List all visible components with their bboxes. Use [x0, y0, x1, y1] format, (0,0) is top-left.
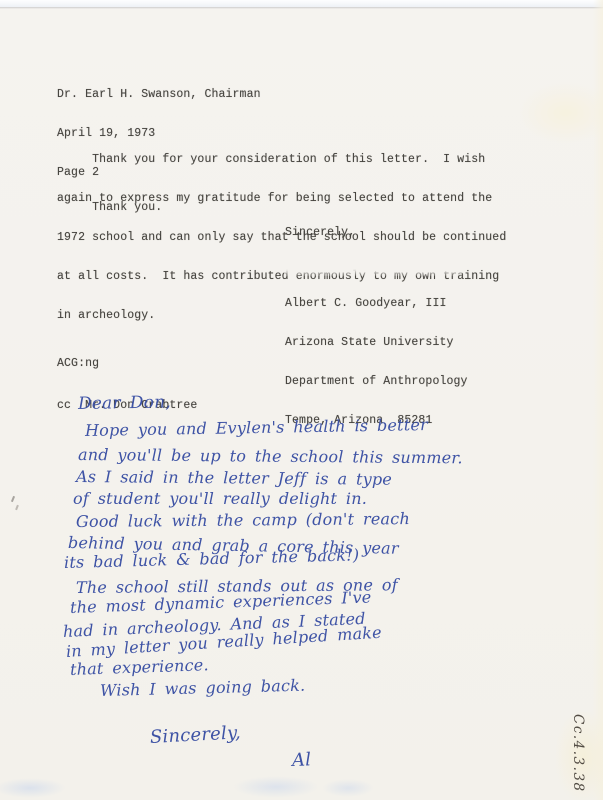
- valediction-line: Sincerely,: [285, 226, 355, 239]
- note-salutation: Dear Don,: [78, 392, 171, 414]
- body-paragraph-line: Thank you for your consideration of this…: [57, 153, 506, 166]
- scan-top-edge: [0, 0, 603, 7]
- signatory-university-line: Arizona State University: [285, 336, 468, 349]
- pencil-mark: [11, 496, 15, 502]
- recipient-line: Dr. Earl H. Swanson, Chairman: [57, 88, 261, 101]
- scan-fade-artifact: [284, 270, 462, 276]
- paper-discoloration-patch: [518, 82, 603, 144]
- scanned-letter-page: Dr. Earl H. Swanson, Chairman April 19, …: [0, 0, 603, 800]
- body-paragraph-line: 1972 school and can only say that the sc…: [57, 231, 506, 244]
- signatory-name-line: Albert C. Goodyear, III: [285, 297, 468, 310]
- scan-top-edge-line: [0, 7, 603, 9]
- scan-smudge: [233, 776, 319, 798]
- scan-smudge: [0, 778, 66, 798]
- note-line: As I said in the letter Jeff is a type: [76, 467, 392, 489]
- thank-you-line: Thank you.: [57, 201, 162, 214]
- pencil-mark: [15, 505, 19, 510]
- note-line: Good luck with the camp (don't reach: [76, 509, 410, 531]
- note-valediction: Sincerely,: [149, 722, 241, 748]
- typist-initials-line: ACG:ng: [57, 357, 197, 371]
- note-line: that experience.: [70, 655, 209, 679]
- scan-right-edge: [593, 0, 603, 800]
- signatory-department-line: Department of Anthropology: [285, 375, 468, 388]
- catalog-number: Cc.4.3.38: [570, 714, 586, 793]
- scan-smudge: [322, 779, 374, 797]
- note-line: of student you'll really delight in.: [73, 489, 367, 508]
- note-signature: Al: [292, 749, 312, 771]
- note-line: and you'll be up to the school this summ…: [78, 445, 463, 467]
- note-line: Wish I was going back.: [100, 676, 306, 700]
